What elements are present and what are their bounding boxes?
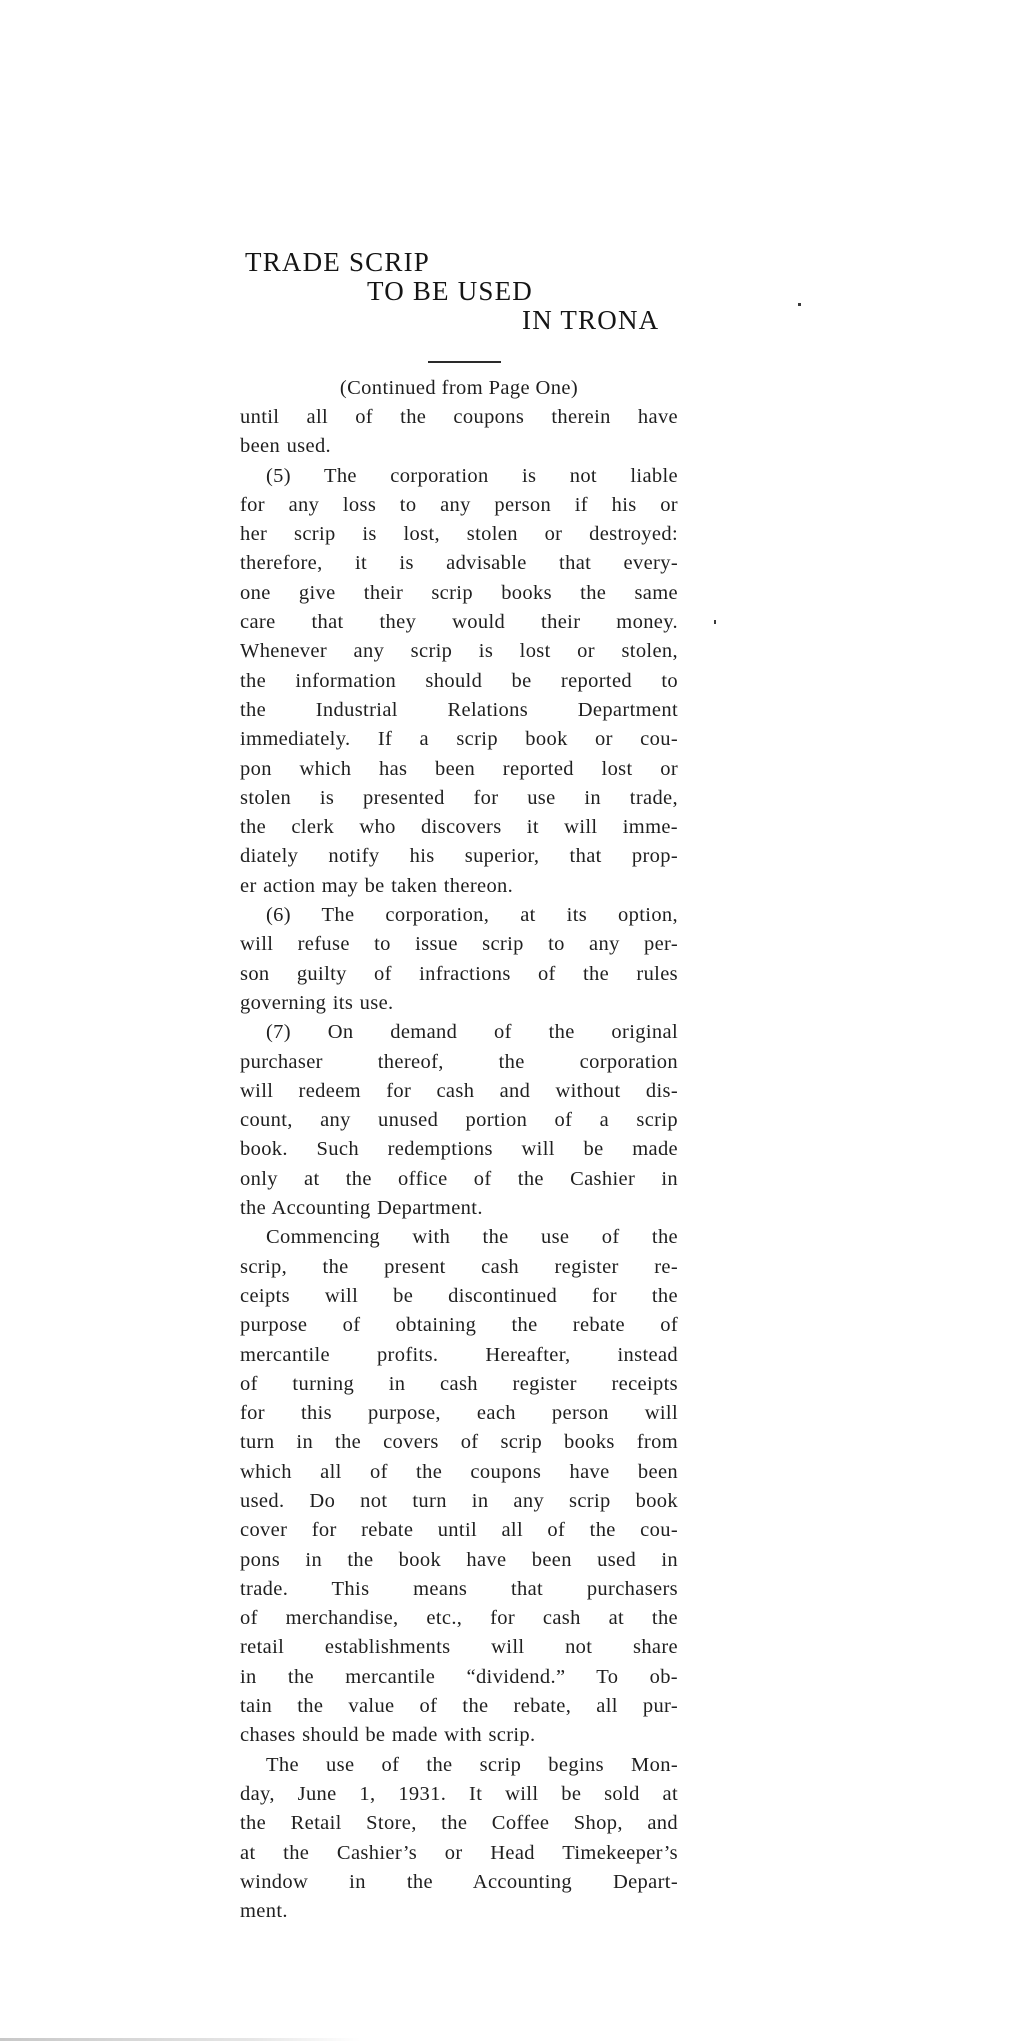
text-line: the clerk who discovers it will imme- <box>240 813 678 842</box>
text-line: will refuse to issue scrip to any per- <box>240 930 678 959</box>
article-column: TRADE SCRIP TO BE USED IN TRONA (Continu… <box>240 248 678 1926</box>
article-body: until all of the coupons therein havebee… <box>240 403 678 1926</box>
text-line: ment. <box>240 1897 678 1926</box>
text-line: (5) The corporation is not liable <box>240 462 678 491</box>
text-line: window in the Accounting Depart- <box>240 1868 678 1897</box>
text-line: governing its use. <box>240 989 678 1018</box>
text-line: only at the office of the Cashier in <box>240 1165 678 1194</box>
text-line: turn in the covers of scrip books from <box>240 1428 678 1457</box>
text-line: the Retail Store, the Coffee Shop, and <box>240 1809 678 1838</box>
text-line: Commencing with the use of the <box>240 1223 678 1252</box>
text-line: care that they would their money. <box>240 608 678 637</box>
headline-divider <box>428 361 501 363</box>
text-line: at the Cashier’s or Head Timekeeper’s <box>240 1839 678 1868</box>
text-line: ceipts will be discontinued for the <box>240 1282 678 1311</box>
text-line: trade. This means that purchasers <box>240 1575 678 1604</box>
paragraph-item-6: (6) The corporation, at its option,will … <box>240 901 678 1018</box>
text-line: the Industrial Relations Department <box>240 696 678 725</box>
headline-line-2: TO BE USED <box>240 277 678 306</box>
text-line: count, any unused portion of a scrip <box>240 1106 678 1135</box>
text-line: of turning in cash register receipts <box>240 1370 678 1399</box>
paragraph-continuation: until all of the coupons therein havebee… <box>240 403 678 462</box>
paragraph-item-7: (7) On demand of the originalpurchaser t… <box>240 1018 678 1223</box>
text-line: been used. <box>240 432 678 461</box>
text-line: retail establishments will not share <box>240 1633 678 1662</box>
text-line: purchaser thereof, the corporation <box>240 1048 678 1077</box>
text-line: (6) The corporation, at its option, <box>240 901 678 930</box>
text-line: mercantile profits. Hereafter, instead <box>240 1341 678 1370</box>
text-line: for any loss to any person if his or <box>240 491 678 520</box>
text-line: used. Do not turn in any scrip book <box>240 1487 678 1516</box>
text-line: pons in the book have been used in <box>240 1546 678 1575</box>
text-line: son guilty of infractions of the rules <box>240 960 678 989</box>
text-line: book. Such redemptions will be made <box>240 1135 678 1164</box>
text-line: diately notify his superior, that prop- <box>240 842 678 871</box>
text-line: day, June 1, 1931. It will be sold at <box>240 1780 678 1809</box>
text-line: tain the value of the rebate, all pur- <box>240 1692 678 1721</box>
continued-from-note: (Continued from Page One) <box>240 374 678 403</box>
text-line: purpose of obtaining the rebate of <box>240 1311 678 1340</box>
text-line: her scrip is lost, stolen or destroyed: <box>240 520 678 549</box>
paragraph-item-5: (5) The corporation is not liablefor any… <box>240 462 678 901</box>
headline-line-3: IN TRONA <box>240 306 678 335</box>
text-line: chases should be made with scrip. <box>240 1721 678 1750</box>
headline-line-1: TRADE SCRIP <box>240 248 678 277</box>
text-line: immediately. If a scrip book or cou- <box>240 725 678 754</box>
text-line: until all of the coupons therein have <box>240 403 678 432</box>
text-line: scrip, the present cash register re- <box>240 1253 678 1282</box>
text-line: The use of the scrip begins Mon- <box>240 1751 678 1780</box>
text-line: in the mercantile “dividend.” To ob- <box>240 1663 678 1692</box>
article-headline: TRADE SCRIP TO BE USED IN TRONA <box>240 248 678 335</box>
text-line: er action may be taken thereon. <box>240 872 678 901</box>
text-line: pon which has been reported lost or <box>240 755 678 784</box>
paragraph-commencing: Commencing with the use of thescrip, the… <box>240 1223 678 1750</box>
text-line: cover for rebate until all of the cou- <box>240 1516 678 1545</box>
text-line: will redeem for cash and without dis- <box>240 1077 678 1106</box>
paragraph-start-date: The use of the scrip begins Mon-day, Jun… <box>240 1751 678 1927</box>
text-line: one give their scrip books the same <box>240 579 678 608</box>
text-line: Whenever any scrip is lost or stolen, <box>240 637 678 666</box>
text-line: of merchandise, etc., for cash at the <box>240 1604 678 1633</box>
scanned-newspaper-page: TRADE SCRIP TO BE USED IN TRONA (Continu… <box>0 0 1028 2041</box>
text-line: which all of the coupons have been <box>240 1458 678 1487</box>
scan-speck <box>798 303 801 306</box>
text-line: (7) On demand of the original <box>240 1018 678 1047</box>
text-line: the Accounting Department. <box>240 1194 678 1223</box>
scan-speck <box>714 620 716 624</box>
text-line: the information should be reported to <box>240 667 678 696</box>
text-line: for this purpose, each person will <box>240 1399 678 1428</box>
text-line: stolen is presented for use in trade, <box>240 784 678 813</box>
text-line: therefore, it is advisable that every- <box>240 549 678 578</box>
